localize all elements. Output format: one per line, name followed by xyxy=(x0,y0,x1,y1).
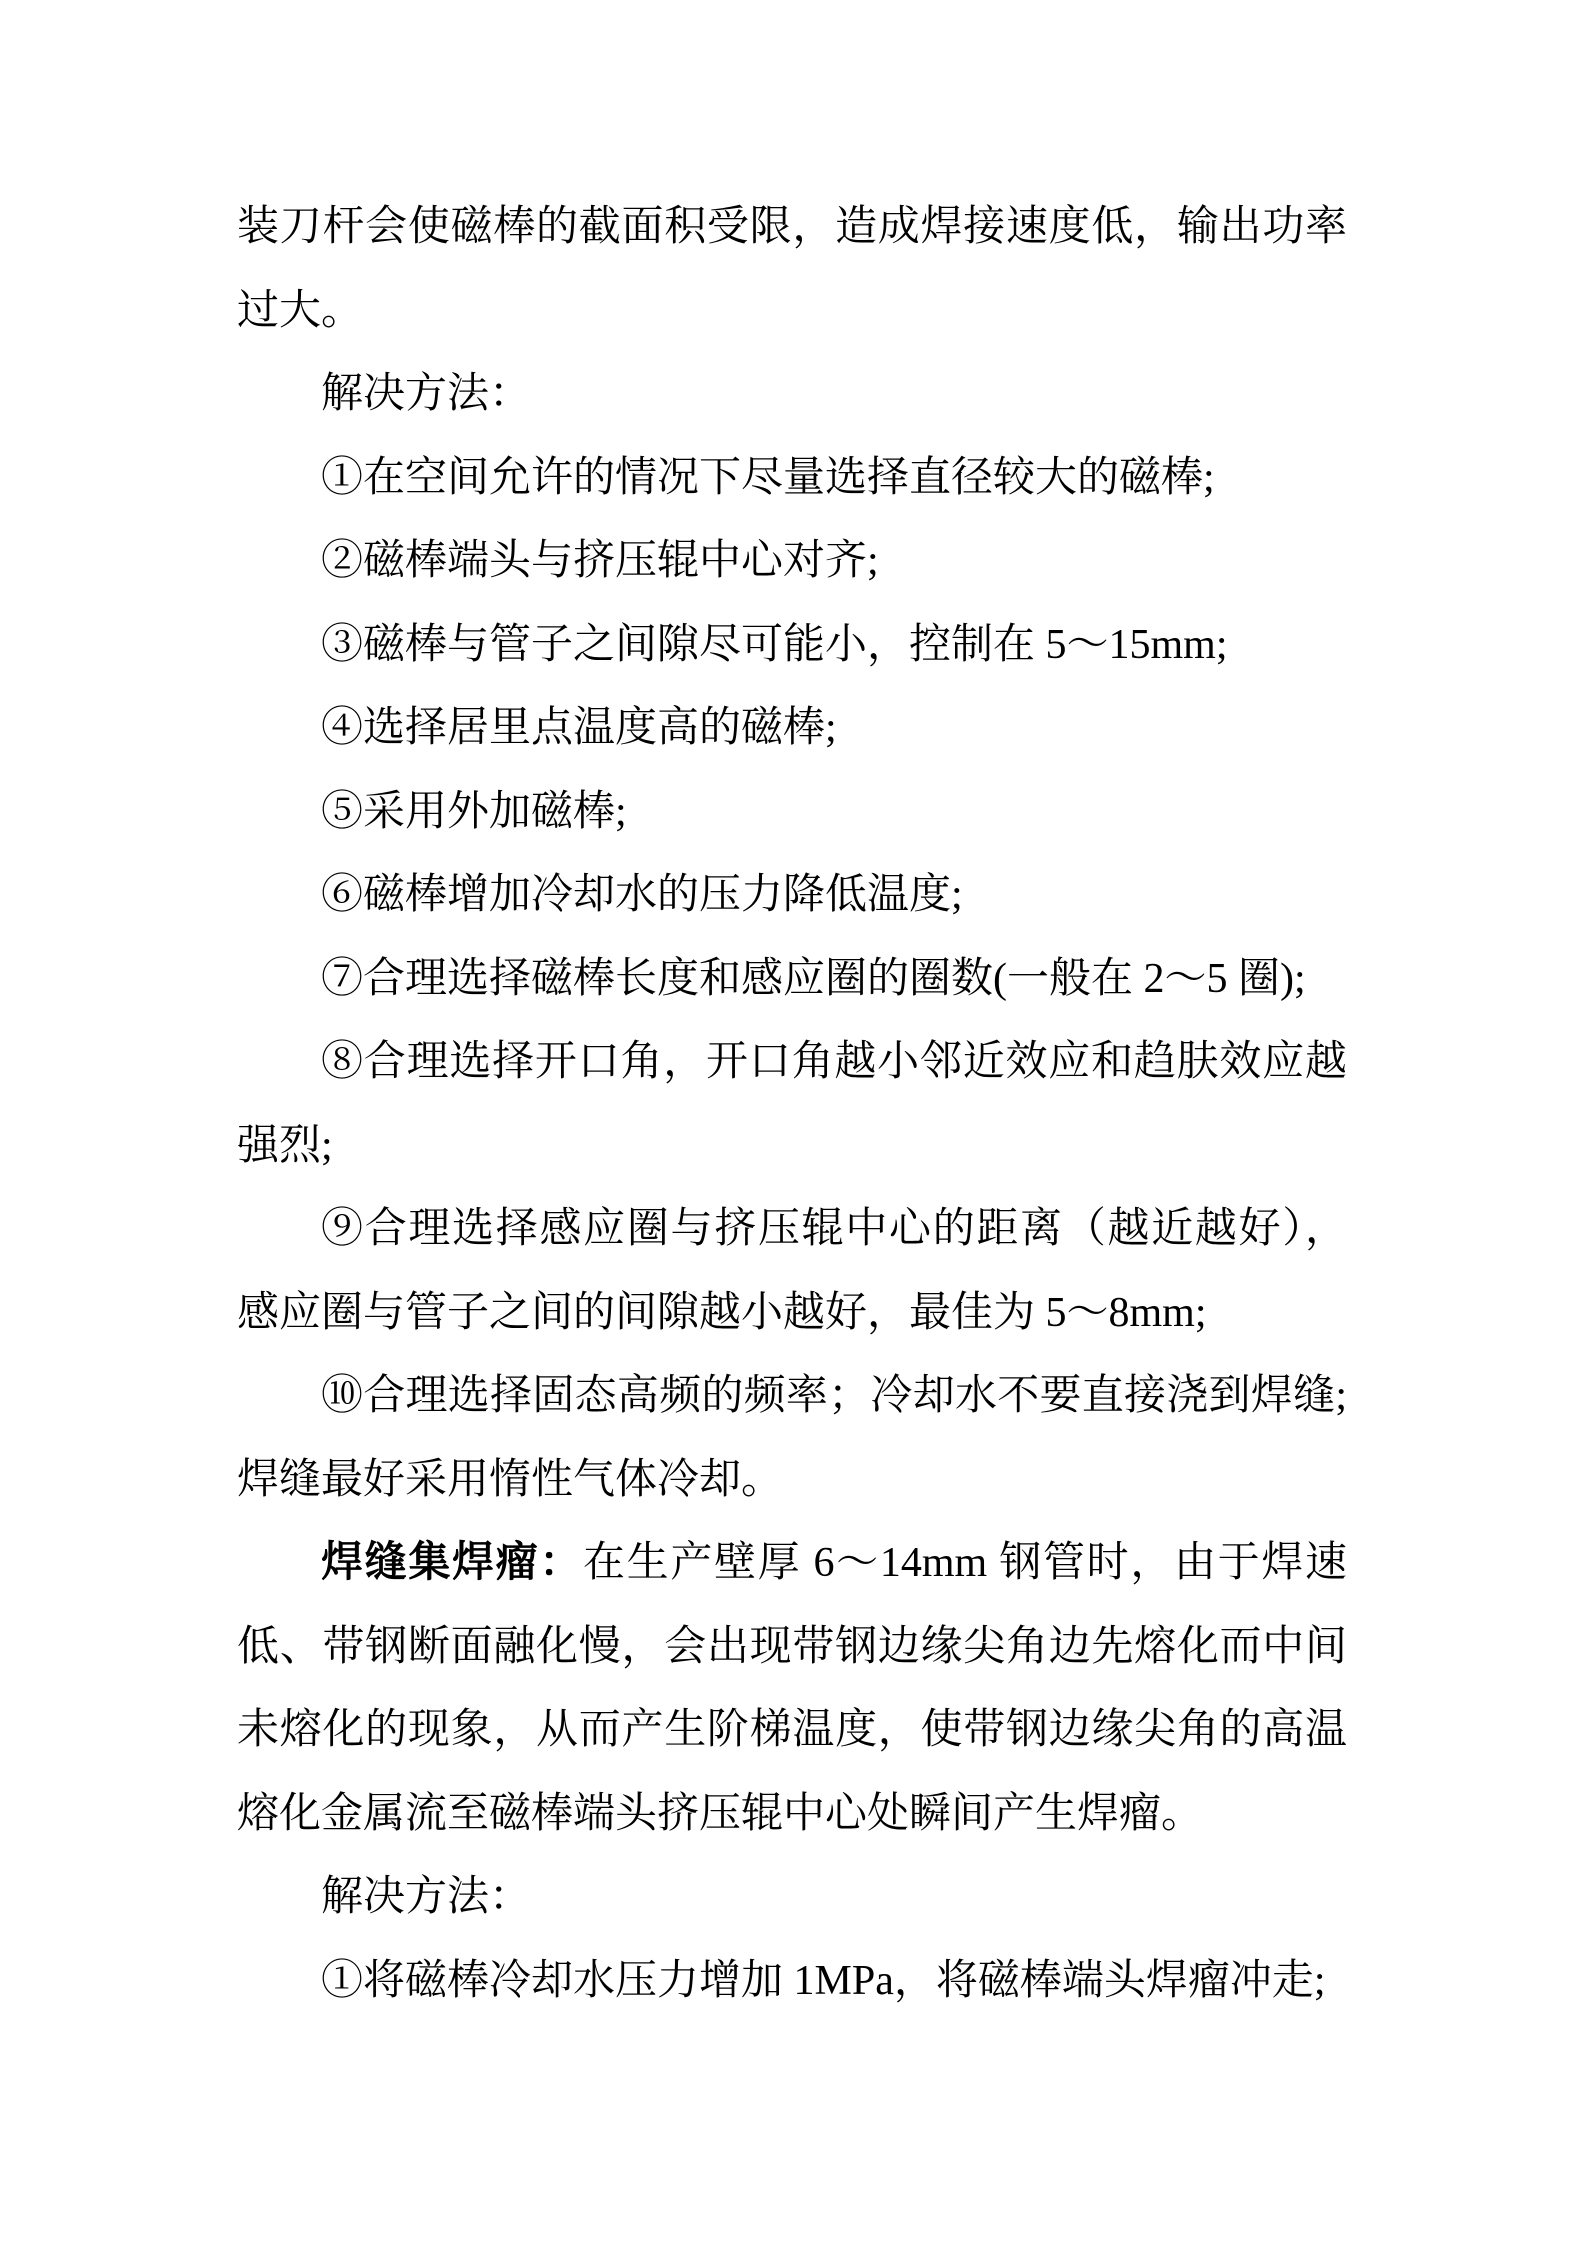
text-line: 解决方法： xyxy=(237,353,1347,437)
text-line: ⑩合理选择固态高频的频率；冷却水不要直接浇到焊缝; xyxy=(237,1355,1347,1439)
document-body: 装刀杆会使磁棒的截面积受限，造成焊接速度低，输出功率 过大。 解决方法： ①在空… xyxy=(237,186,1347,2023)
text-line: ②磁棒端头与挤压辊中心对齐; xyxy=(237,520,1347,604)
text-line: 解决方法： xyxy=(237,1856,1347,1940)
text-line: 熔化金属流至磁棒端头挤压辊中心处瞬间产生焊瘤。 xyxy=(237,1773,1347,1857)
document-page: 装刀杆会使磁棒的截面积受限，造成焊接速度低，输出功率 过大。 解决方法： ①在空… xyxy=(0,0,1587,2245)
text-line: ③磁棒与管子之间隙尽可能小，控制在 5～15mm; xyxy=(237,604,1347,688)
text-line: ⑨合理选择感应圈与挤压辊中心的距离（越近越好）， xyxy=(237,1188,1347,1272)
text-line: ⑤采用外加磁棒; xyxy=(237,771,1347,855)
text-line: ④选择居里点温度高的磁棒; xyxy=(237,687,1347,771)
bold-run: 焊缝集焊瘤： xyxy=(321,1540,583,1586)
text-line: ①在空间允许的情况下尽量选择直径较大的磁棒; xyxy=(237,437,1347,521)
text-line: 低、带钢断面融化慢，会出现带钢边缘尖角边先熔化而中间 xyxy=(237,1606,1347,1690)
text-line: 过大。 xyxy=(237,270,1347,354)
text-line: 焊缝集焊瘤：在生产壁厚 6～14mm 钢管时，由于焊速 xyxy=(237,1522,1347,1606)
text-line: 强烈; xyxy=(237,1105,1347,1189)
text-line: 未熔化的现象，从而产生阶梯温度，使带钢边缘尖角的高温 xyxy=(237,1689,1347,1773)
text-line: 感应圈与管子之间的间隙越小越好，最佳为 5～8mm; xyxy=(237,1272,1347,1356)
text-run: 在生产壁厚 6～14mm 钢管时，由于焊速 xyxy=(583,1540,1347,1586)
text-line: 装刀杆会使磁棒的截面积受限，造成焊接速度低，输出功率 xyxy=(237,186,1347,270)
text-line: ⑦合理选择磁棒长度和感应圈的圈数(一般在 2～5 圈); xyxy=(237,938,1347,1022)
text-line: ⑧合理选择开口角，开口角越小邻近效应和趋肤效应越 xyxy=(237,1021,1347,1105)
text-line: 焊缝最好采用惰性气体冷却。 xyxy=(237,1439,1347,1523)
text-line: ①将磁棒冷却水压力增加 1MPa，将磁棒端头焊瘤冲走; xyxy=(237,1940,1347,2024)
text-line: ⑥磁棒增加冷却水的压力降低温度; xyxy=(237,854,1347,938)
